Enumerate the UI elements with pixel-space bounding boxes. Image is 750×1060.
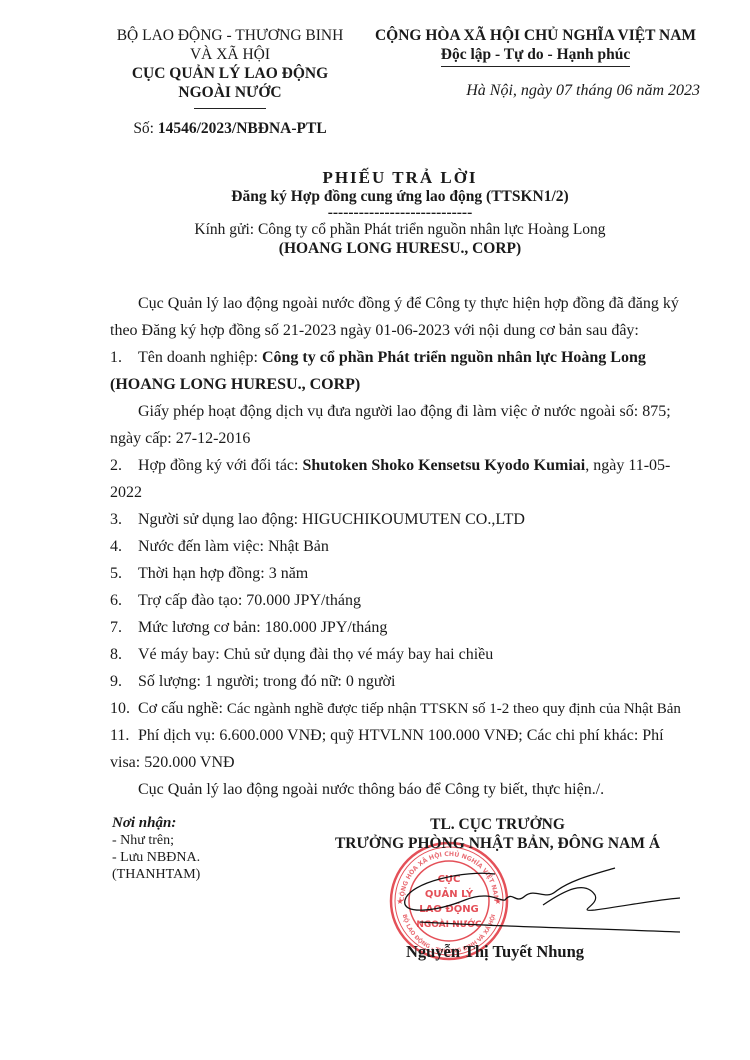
addressee-english-name: (HOANG LONG HURESU., CORP) — [150, 239, 650, 258]
item-2: 2.Hợp đồng ký với đối tác: Shutoken Shok… — [110, 457, 670, 475]
nation-name: CỘNG HÒA XÃ HỘI CHỦ NGHĨA VIỆT NAM — [368, 26, 703, 45]
item-8: 8.Vé máy bay: Chủ sử dụng đài thọ vé máy… — [110, 646, 493, 664]
item-1: 1.Tên doanh nghiệp: Công ty cổ phần Phát… — [110, 349, 646, 367]
closing-paragraph: Cục Quản lý lao động ngoài nước thông bá… — [138, 781, 604, 799]
item-1-continued: (HOANG LONG HURESU., CORP) — [110, 376, 360, 394]
intro-paragraph-line2: theo Đăng ký hợp đồng số 21-2023 ngày 01… — [110, 322, 639, 340]
national-motto: Độc lập - Tự do - Hạnh phúc — [441, 45, 630, 67]
item-2-continued: 2022 — [110, 484, 142, 502]
handwritten-signature-icon — [395, 860, 680, 940]
item-11: 11.Phí dịch vụ: 6.600.000 VNĐ; quỹ HTVLN… — [110, 727, 664, 745]
document-title-block: PHIẾU TRẢ LỜI Đăng ký Hợp đồng cung ứng … — [150, 168, 650, 258]
item-11-continued: visa: 520.000 VNĐ — [110, 754, 235, 772]
signature-title-block: TL. CỤC TRƯỞNG TRƯỞNG PHÒNG NHẬT BẢN, ĐÔ… — [320, 815, 675, 853]
addressee-prefix: Kính gửi: — [194, 221, 258, 238]
agency-line2: NGOÀI NƯỚC — [105, 83, 355, 102]
issuing-agency-header: BỘ LAO ĐỘNG - THƯƠNG BINH VÀ XÃ HỘI CỤC … — [105, 26, 355, 138]
item-10: 10.Cơ cấu nghề: Các ngành nghề được tiếp… — [110, 700, 681, 718]
item-7: 7.Mức lương cơ bản: 180.000 JPY/tháng — [110, 619, 387, 637]
recipient-line: - Lưu NBĐNA. — [112, 849, 200, 866]
document-number: Số: 14546/2023/NBĐNA-PTL — [105, 119, 355, 138]
license-line: Giấy phép hoạt động dịch vụ đưa người la… — [138, 403, 671, 421]
recipient-line: (THANHTAM) — [112, 866, 200, 883]
ministry-line1: BỘ LAO ĐỘNG - THƯƠNG BINH — [105, 26, 355, 45]
signature-authority-line: TL. CỤC TRƯỞNG — [320, 815, 675, 834]
ministry-line2: VÀ XÃ HỘI — [105, 45, 355, 64]
national-header: CỘNG HÒA XÃ HỘI CHỦ NGHĨA VIỆT NAM Độc l… — [368, 26, 703, 67]
signer-name: Nguyễn Thị Tuyết Nhung — [330, 942, 660, 962]
recipient-line: - Như trên; — [112, 832, 200, 849]
addressee-line: Kính gửi: Công ty cổ phần Phát triển ngu… — [150, 220, 650, 239]
item-6: 6.Trợ cấp đào tạo: 70.000 JPY/tháng — [110, 592, 361, 610]
addressee-name: Công ty cổ phần Phát triển nguồn nhân lự… — [258, 221, 606, 238]
document-number-value: 14546/2023/NBĐNA-PTL — [158, 120, 327, 137]
partner-name: Shutoken Shoko Kensetsu Kyodo Kumiai — [302, 457, 585, 474]
license-date: ngày cấp: 27-12-2016 — [110, 430, 250, 448]
item-5: 5.Thời hạn hợp đồng: 3 năm — [110, 565, 308, 583]
title-separator: ---------------------------- — [150, 206, 650, 220]
recipients-block: Nơi nhận: - Như trên; - Lưu NBĐNA. (THAN… — [112, 815, 200, 883]
item-9: 9.Số lượng: 1 người; trong đó nữ: 0 ngườ… — [110, 673, 395, 691]
signature-position-line: TRƯỞNG PHÒNG NHẬT BẢN, ĐÔNG NAM Á — [320, 834, 675, 853]
document-title: PHIẾU TRẢ LỜI — [150, 168, 650, 187]
document-number-label: Số: — [133, 120, 158, 137]
item-3: 3.Người sử dụng lao động: HIGUCHIKOUMUTE… — [110, 511, 525, 529]
item-4: 4.Nước đến làm việc: Nhật Bản — [110, 538, 329, 556]
header-divider — [194, 108, 266, 109]
agency-line1: CỤC QUẢN LÝ LAO ĐỘNG — [105, 64, 355, 83]
recipients-heading: Nơi nhận: — [112, 815, 200, 832]
document-date: Hà Nội, ngày 07 tháng 06 năm 2023 — [400, 82, 700, 100]
intro-paragraph-line1: Cục Quản lý lao động ngoài nước đồng ý đ… — [138, 295, 679, 313]
company-name: Công ty cổ phần Phát triển nguồn nhân lự… — [262, 349, 646, 366]
